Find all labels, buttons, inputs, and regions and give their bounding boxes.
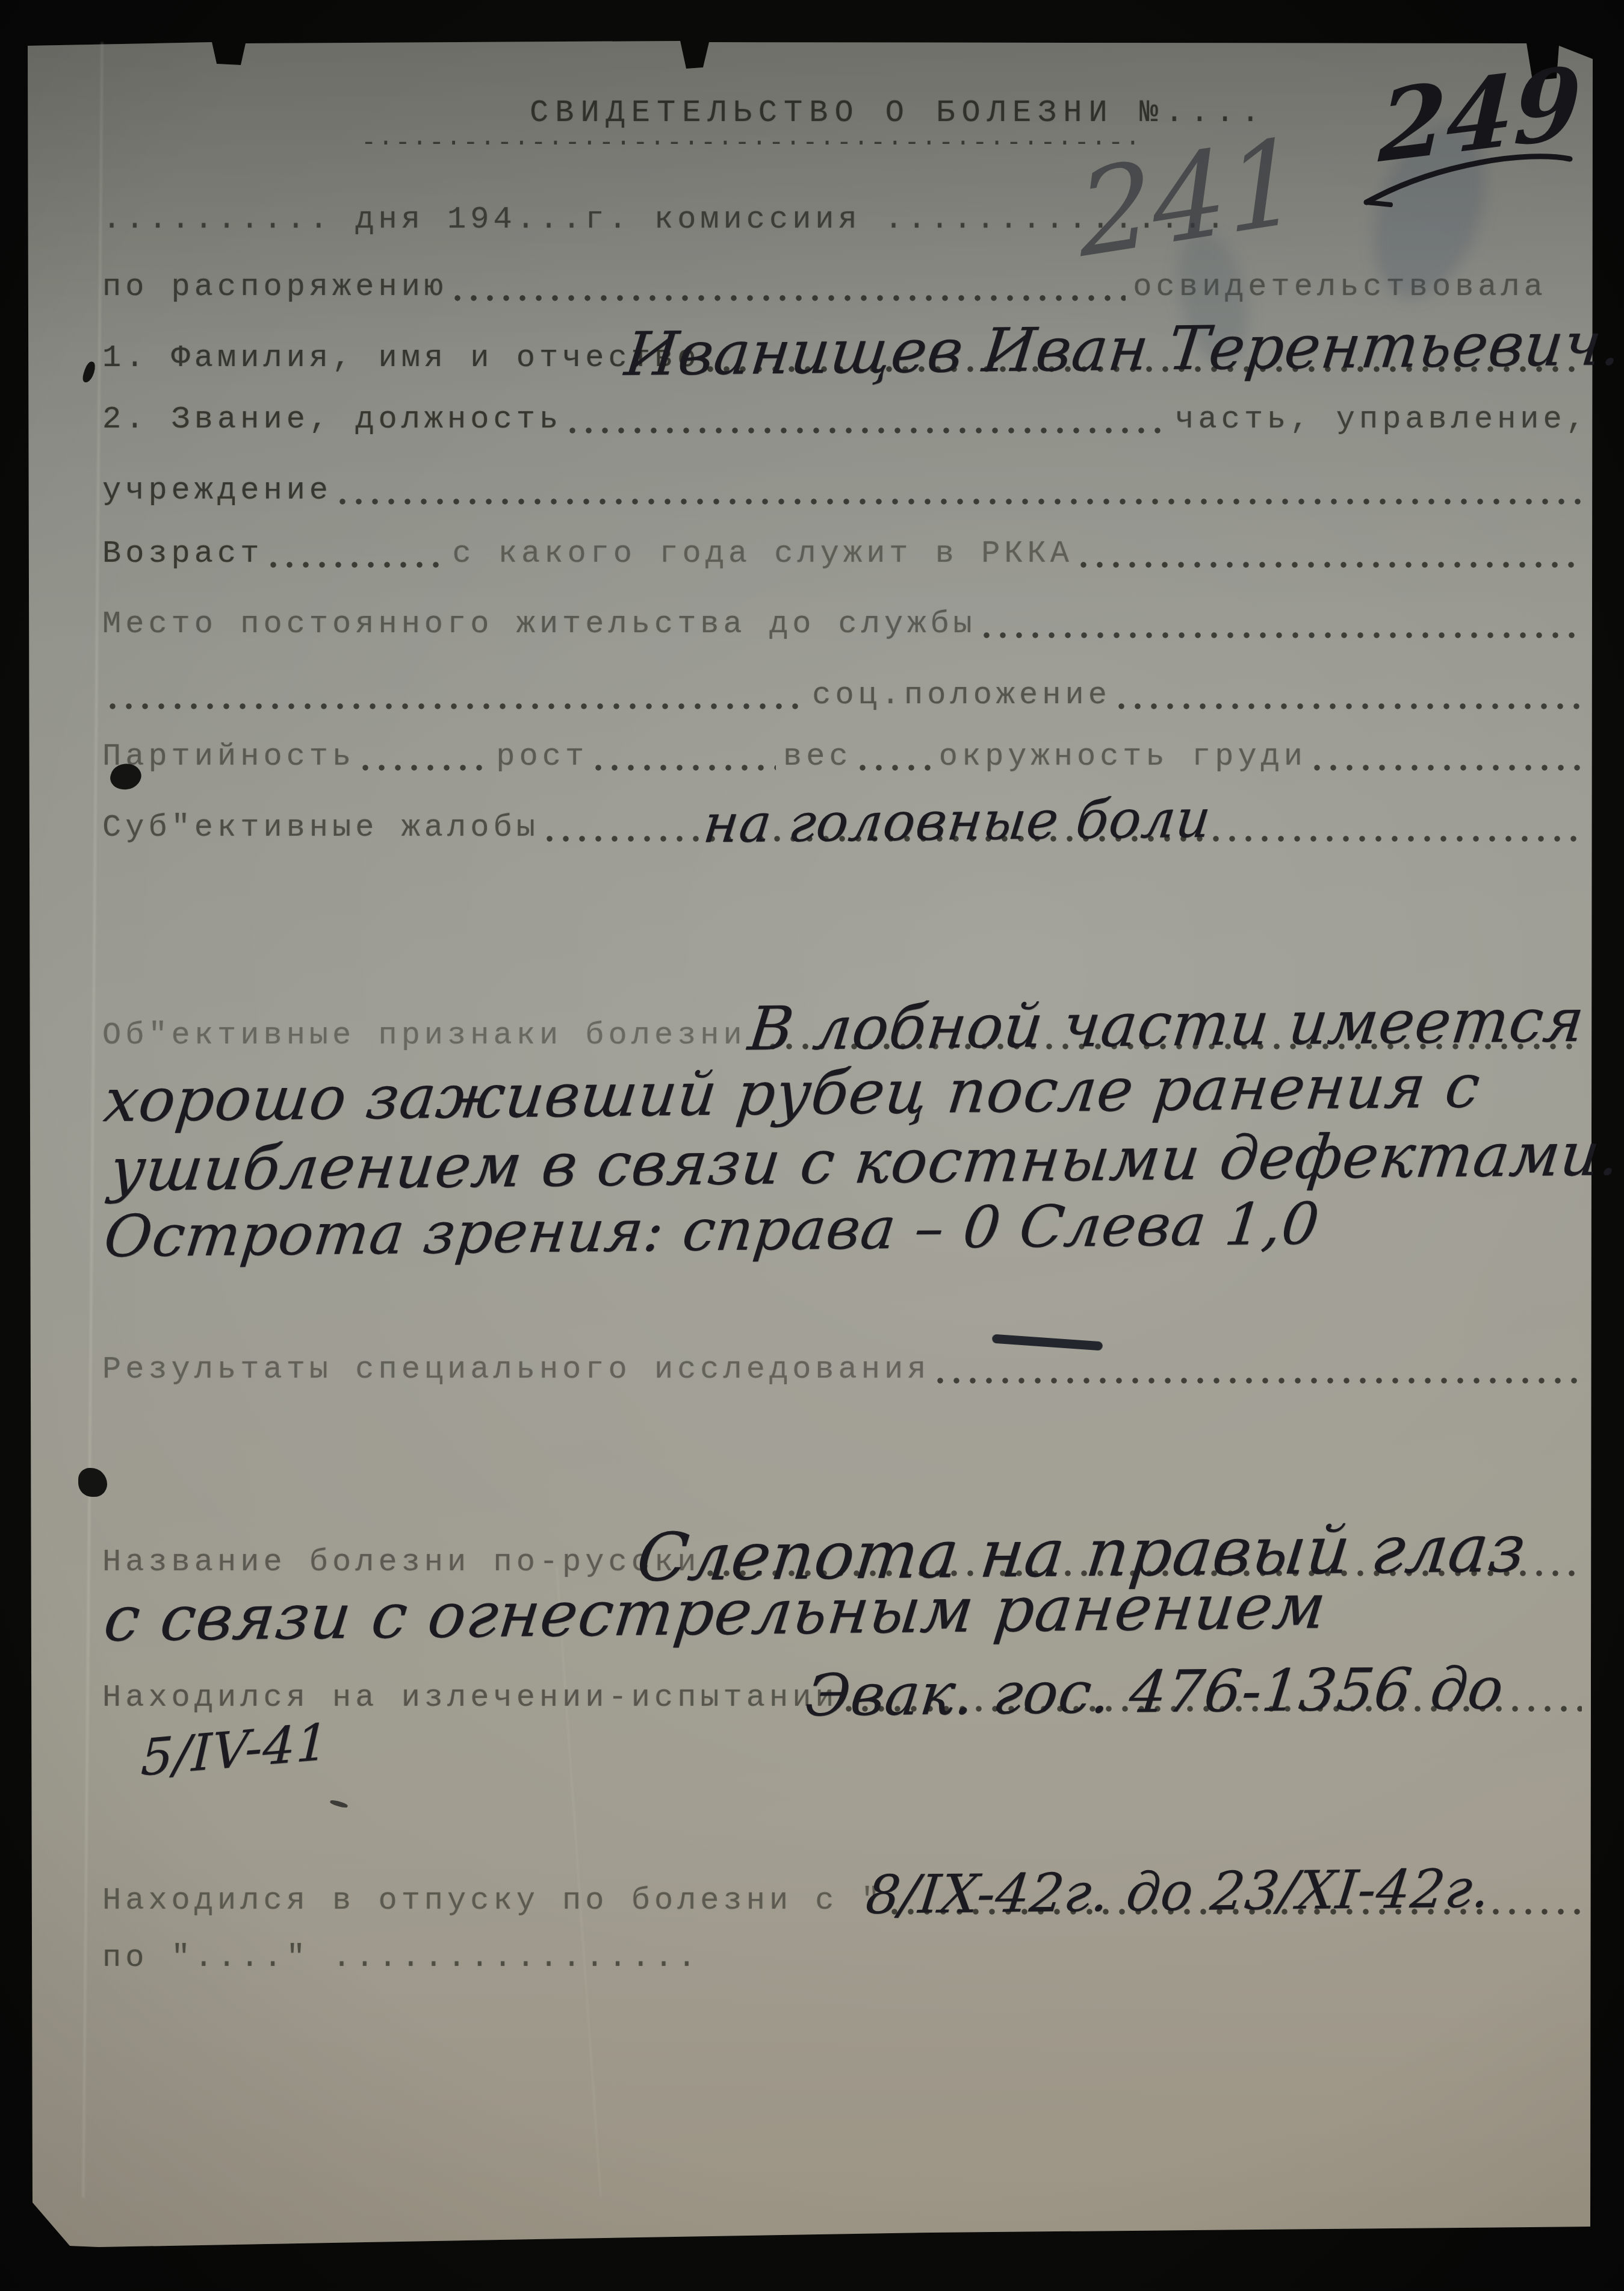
dotted-filler-line (102, 1299, 1589, 1307)
dotted-filler-line (102, 1494, 1589, 1503)
handwritten-objective-1: В лобной части имеется (746, 990, 1588, 1060)
dotted-line (860, 763, 932, 771)
dotted-line (1118, 701, 1582, 710)
residence-label: Место постоянного жительства до службы (102, 608, 976, 641)
service-since-label: с какого года служит в РККА (452, 538, 1073, 571)
dotted-line (1314, 763, 1582, 771)
dotted-line (270, 560, 445, 568)
complaints-label: Суб"ективные жалобы (102, 812, 539, 845)
document-title: СВИДЕТЕЛЬСТВО О БОЛЕЗНИ №.... (530, 95, 1266, 131)
special-examination-label: Результаты специального исследования (102, 1354, 930, 1387)
form-row-order: по распоряжению освидетельствовала (102, 271, 1589, 304)
handwritten-disease-2: с связи с огнестрельным ранением (101, 1574, 1330, 1650)
treatment-label: Находился на излечении-испытании (102, 1682, 838, 1715)
dotted-filler-line (102, 1830, 1589, 1839)
dotted-line (454, 293, 1126, 302)
order-label: по распоряжению (102, 271, 447, 304)
until-label: по "...." ................ (102, 1942, 700, 1975)
handwritten-complaints: на головные боли (701, 792, 1214, 851)
handwritten-visual-acuity: Острота зрения: справа – 0 Слева 1,0 (101, 1195, 1322, 1265)
dotted-line (937, 1376, 1582, 1384)
scanned-document-page: СВИДЕТЕЛЬСТВО О БОЛЕЗНИ №.... -·-·-·-·-·… (0, 0, 1624, 2291)
handwritten-full-name: Иванищев Иван Терентьевич. (622, 314, 1624, 384)
name-label: 1. Фамилия, имя и отчество (102, 342, 700, 375)
handwritten-leave-dates: 8/IX-42г. до 23/XI-42г. (863, 1862, 1493, 1922)
height-label: рост (496, 741, 588, 774)
form-row-social: соц.положение (102, 679, 1589, 712)
social-status-label: соц.положение (812, 679, 1111, 712)
dotted-line (984, 630, 1582, 639)
dotted-line (1080, 560, 1582, 568)
age-label: Возраст (102, 538, 263, 571)
sick-leave-label: Находился в отпуску по болезни с " (102, 1885, 884, 1918)
dotted-line (569, 426, 1168, 434)
date-line-label: .......... дня 194...г. комиссиия ......… (102, 204, 1229, 237)
dotted-line (362, 763, 489, 771)
form-row-residence: Место постоянного жительства до службы (102, 608, 1589, 641)
weight-label: вес (783, 741, 852, 774)
chest-label: окружность груди (939, 741, 1307, 774)
objective-signs-label: Об"ективные признаки болезни (102, 1019, 746, 1052)
handwritten-objective-2: хорошо заживший рубец после ранения с (101, 1056, 1483, 1131)
dotted-filler-line (102, 1429, 1589, 1438)
dotted-line (595, 763, 776, 771)
handwritten-treatment-date: 5/IV-41 (140, 1717, 329, 1783)
form-row-institution: учреждение (102, 474, 1589, 508)
form-row-until: по "...." ................ (102, 1942, 945, 1975)
title-dashed-underline: -·-·-·-·-·-·-·-·-·-·-·-·-·-·-·-·-·-·-·-·… (361, 129, 1144, 158)
rank-right-label: часть, управление, (1175, 403, 1589, 437)
dotted-filler-line (102, 965, 1589, 974)
rank-label: 2. Звание, должность (102, 403, 562, 437)
disease-name-label: Название болезни по-русски (102, 1546, 700, 1579)
dotted-line (339, 497, 1582, 505)
handwritten-objective-3: ушиблением в связи с костными дефектами. (107, 1124, 1623, 1200)
institution-label: учреждение (102, 474, 332, 508)
form-row-party: Партийность рост вес окружность груди (102, 741, 1589, 774)
form-row-age: Возраст с какого года служит в РККА (102, 538, 1589, 571)
handwritten-hospital: Эвак. гос. 476-1356 до (803, 1659, 1507, 1724)
dotted-line (110, 701, 805, 710)
dotted-filler-line (102, 899, 1589, 907)
party-label: Партийность (102, 741, 355, 774)
form-row-rank: 2. Звание, должность часть, управление, (102, 403, 1589, 437)
form-row-results: Результаты специального исследования (102, 1354, 1589, 1387)
ink-underline-flourish (1348, 149, 1577, 219)
